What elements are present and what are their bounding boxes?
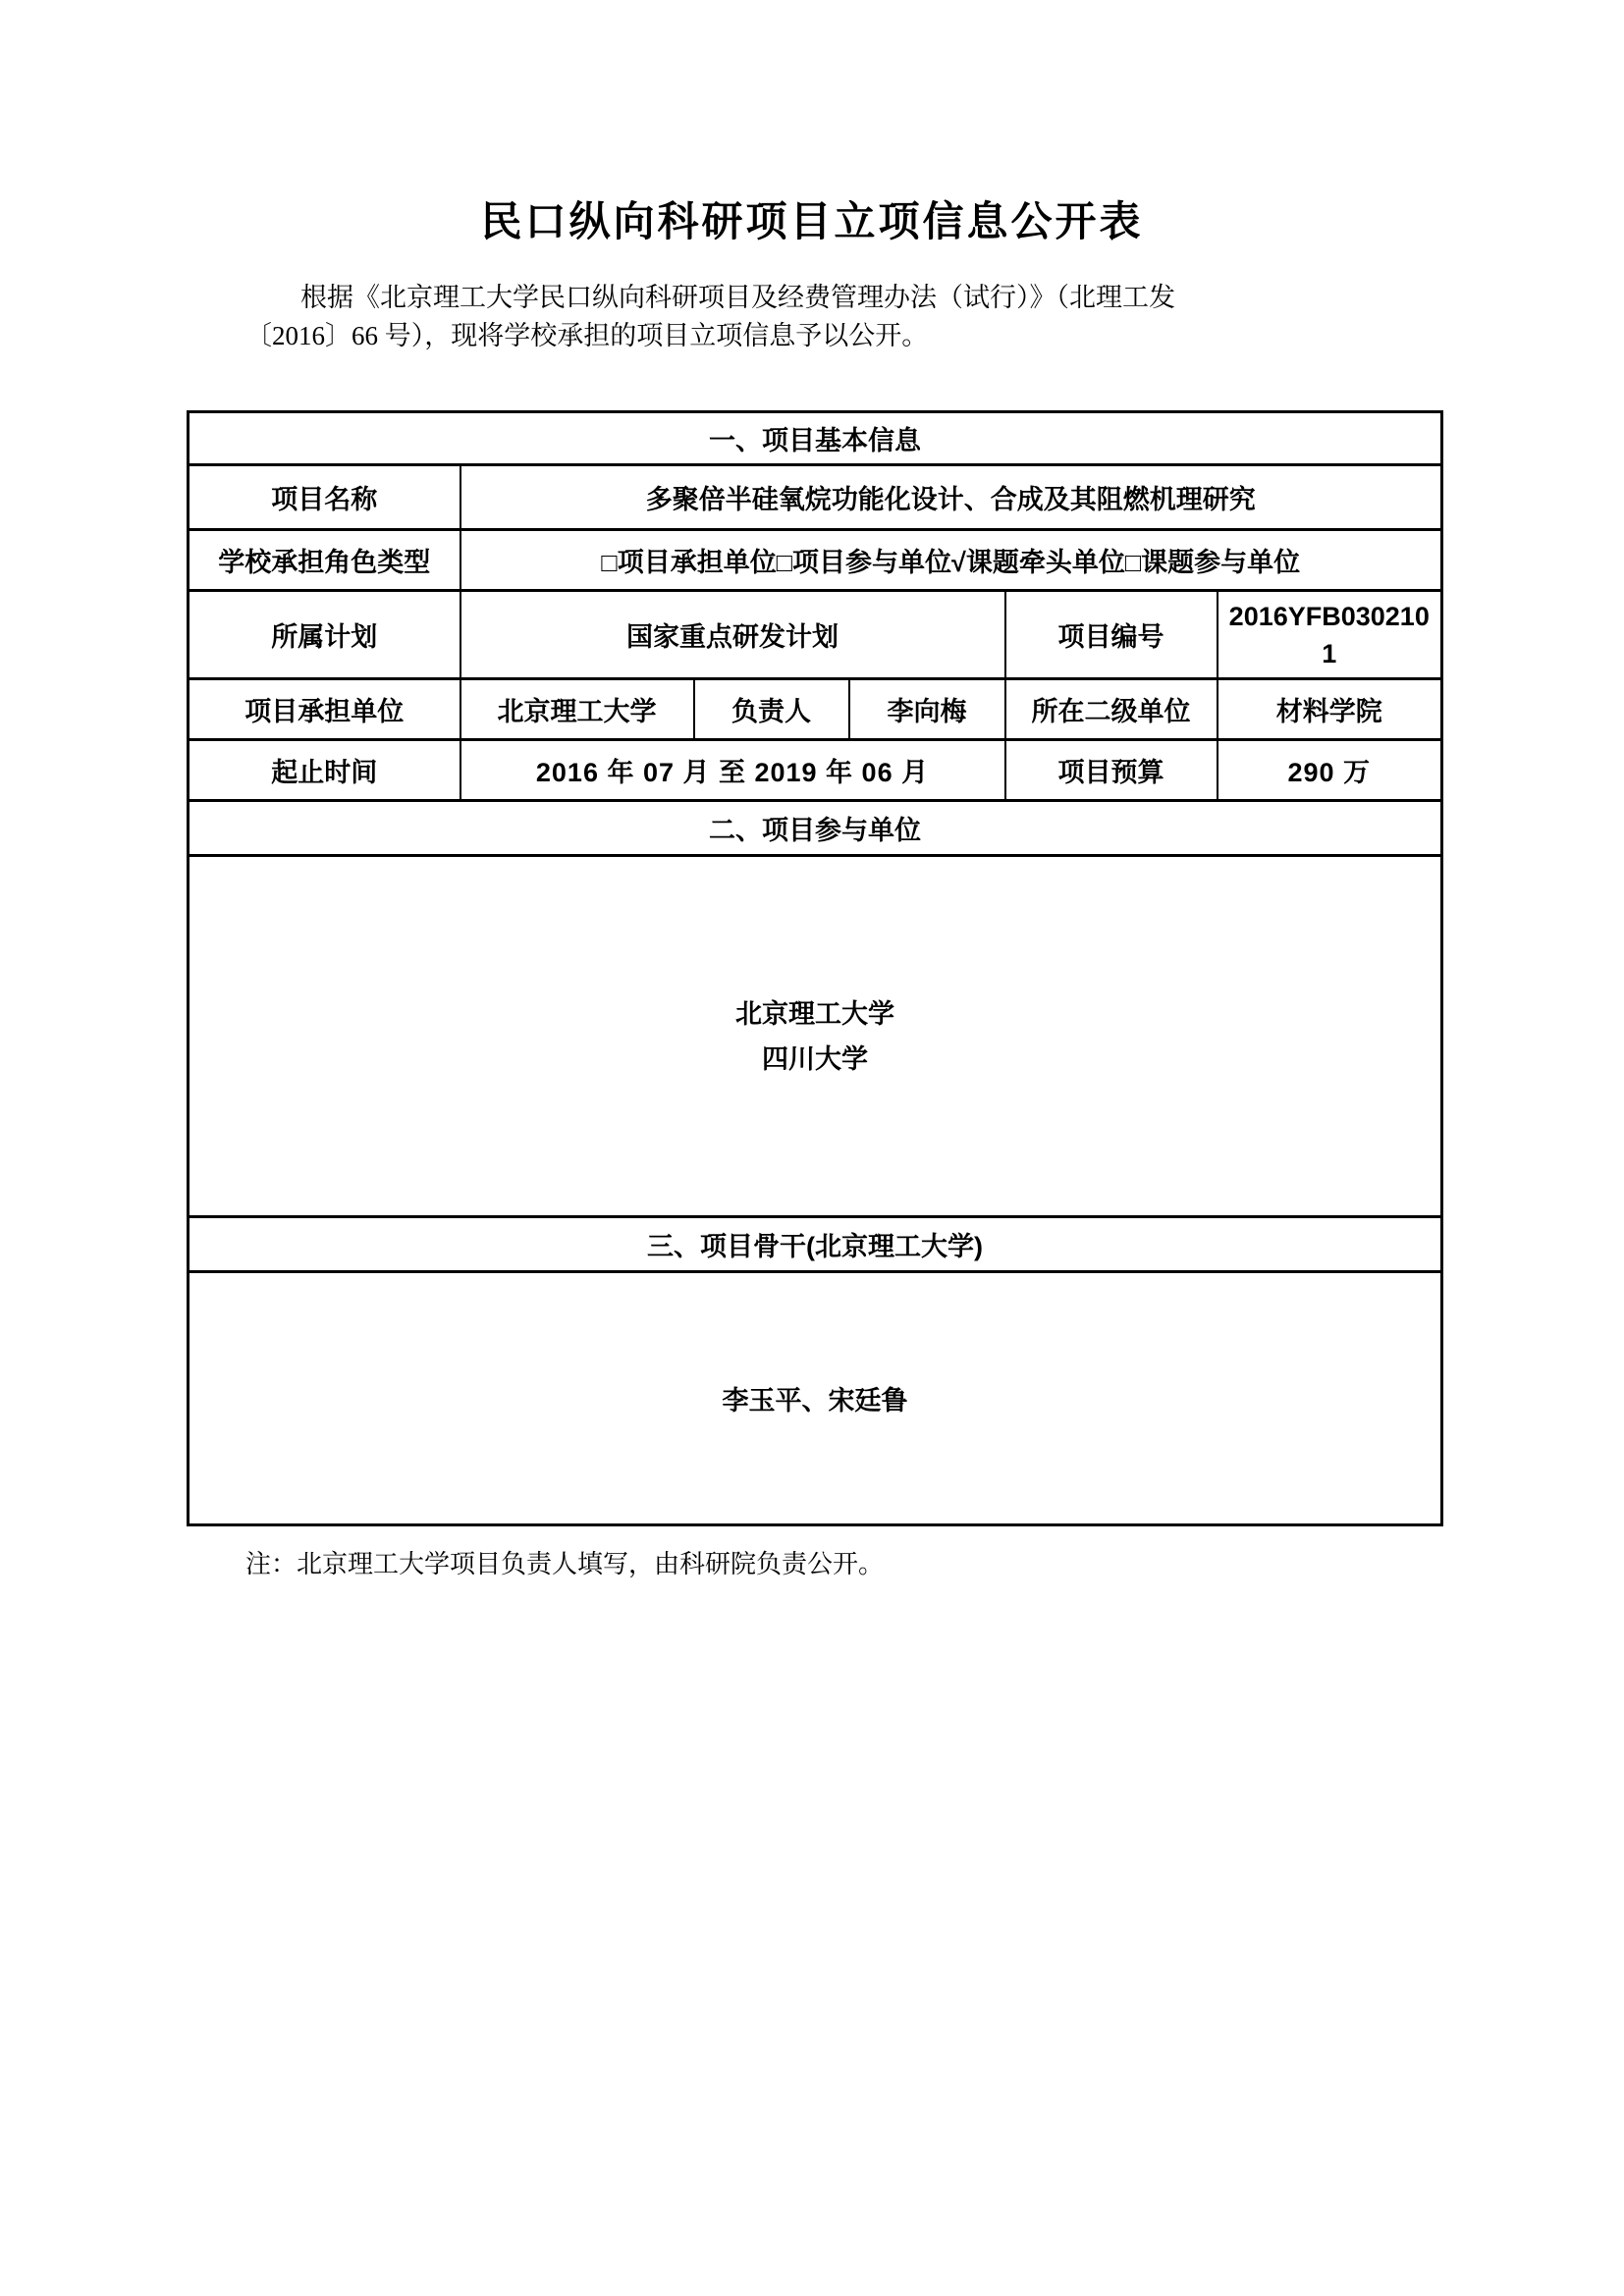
table-row: 一、项目基本信息 [189, 412, 1442, 465]
project-no-label: 项目编号 [1005, 591, 1218, 679]
leader-value: 李向梅 [849, 679, 1005, 740]
section1-header: 一、项目基本信息 [189, 412, 1442, 465]
plan-value: 国家重点研发计划 [460, 591, 1005, 679]
participant-1: 北京理工大学 [199, 991, 1431, 1037]
duration-label: 起止时间 [189, 740, 460, 801]
budget-value: 290 万 [1218, 740, 1442, 801]
plan-label: 所属计划 [189, 591, 460, 679]
participants-cell: 北京理工大学 四川大学 [189, 856, 1442, 1217]
section2-header: 二、项目参与单位 [189, 801, 1442, 856]
table-row: 学校承担角色类型 □项目承担单位□项目参与单位√课题牵头单位□课题参与单位 [189, 530, 1442, 591]
role-type-value: □项目承担单位□项目参与单位√课题牵头单位□课题参与单位 [460, 530, 1442, 591]
table-row: 起止时间 2016 年 07 月 至 2019 年 06 月 项目预算 290 … [189, 740, 1442, 801]
table-row: 项目承担单位 北京理工大学 负责人 李向梅 所在二级单位 材料学院 [189, 679, 1442, 740]
table-row: 北京理工大学 四川大学 [189, 856, 1442, 1217]
duration-value: 2016 年 07 月 至 2019 年 06 月 [460, 740, 1005, 801]
undertaker-value: 北京理工大学 [460, 679, 694, 740]
footer-note: 注：北京理工大学项目负责人填写，由科研院负责公开。 [245, 1548, 1624, 1581]
project-name-value: 多聚倍半硅氧烷功能化设计、合成及其阻燃机理研究 [460, 465, 1442, 530]
table-row: 项目名称 多聚倍半硅氧烷功能化设计、合成及其阻燃机理研究 [189, 465, 1442, 530]
table-row: 二、项目参与单位 [189, 801, 1442, 856]
project-no-value: 2016YFB0302101 [1218, 591, 1442, 679]
budget-label: 项目预算 [1005, 740, 1218, 801]
page-title: 民口纵向科研项目立项信息公开表 [0, 0, 1624, 247]
participant-2: 四川大学 [199, 1037, 1431, 1082]
intro-paragraph: 根据《北京理工大学民口纵向科研项目及经费管理办法（试行）》（北理工发 〔2016… [245, 279, 1389, 355]
intro-line-1: 根据《北京理工大学民口纵向科研项目及经费管理办法（试行）》（北理工发 [245, 279, 1389, 317]
intro-line-2: 〔2016〕66 号），现将学校承担的项目立项信息予以公开。 [245, 317, 1389, 355]
members-cell: 李玉平、宋廷鲁 [189, 1272, 1442, 1525]
project-name-label: 项目名称 [189, 465, 460, 530]
leader-label: 负责人 [694, 679, 849, 740]
document-page: 民口纵向科研项目立项信息公开表 根据《北京理工大学民口纵向科研项目及经费管理办法… [0, 0, 1624, 2296]
secondary-unit-value: 材料学院 [1218, 679, 1442, 740]
table-row: 李玉平、宋廷鲁 [189, 1272, 1442, 1525]
role-type-label: 学校承担角色类型 [189, 530, 460, 591]
project-info-table: 一、项目基本信息 项目名称 多聚倍半硅氧烷功能化设计、合成及其阻燃机理研究 学校… [187, 410, 1443, 1526]
section3-header: 三、项目骨干(北京理工大学) [189, 1217, 1442, 1272]
table-row: 三、项目骨干(北京理工大学) [189, 1217, 1442, 1272]
secondary-unit-label: 所在二级单位 [1005, 679, 1218, 740]
table-row: 所属计划 国家重点研发计划 项目编号 2016YFB0302101 [189, 591, 1442, 679]
undertaker-label: 项目承担单位 [189, 679, 460, 740]
